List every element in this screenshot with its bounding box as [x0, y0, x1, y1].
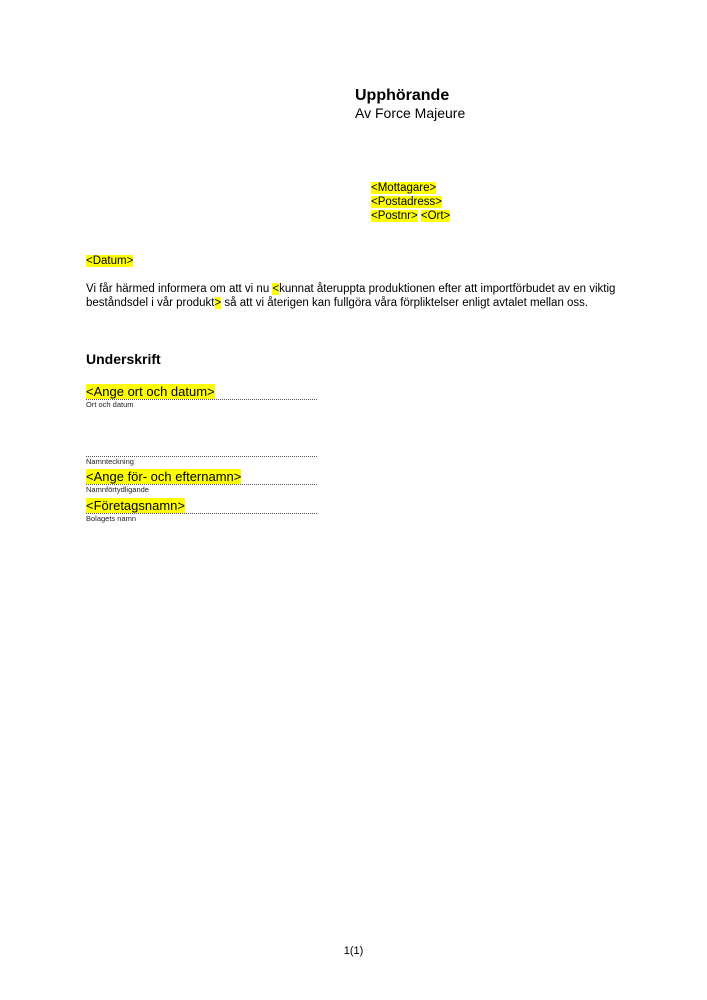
- document-title: Upphörande: [355, 87, 449, 105]
- signature-field-company: <Företagsnamn> Bolagets namn: [86, 499, 317, 523]
- signature-heading: Underskrift: [86, 351, 161, 367]
- signature-field-name: <Ange för- och efternamn> Namnförtydliga…: [86, 470, 317, 494]
- body-text-part3: så att vi återigen kan fullgöra våra för…: [221, 297, 588, 309]
- field-label: Bolagets namn: [86, 514, 317, 523]
- full-name-placeholder[interactable]: <Ange för- och efternamn>: [86, 469, 241, 484]
- recipient-city[interactable]: <Ort>: [421, 210, 450, 222]
- date-placeholder[interactable]: <Datum>: [86, 255, 133, 267]
- document-subtitle: Av Force Majeure: [355, 105, 465, 121]
- letter-date: <Datum>: [86, 254, 133, 268]
- field-label: Namnförtydligande: [86, 485, 317, 494]
- signature-field-signature: Namnteckning: [86, 442, 317, 466]
- signature-field-place-date: <Ange ort och datum> Ort och datum: [86, 385, 317, 409]
- letter-body: Vi får härmed informera om att vi nu <ku…: [86, 282, 626, 310]
- signature-space[interactable]: [86, 442, 317, 456]
- place-date-placeholder[interactable]: <Ange ort och datum>: [86, 384, 215, 399]
- page-number: 1(1): [0, 945, 707, 957]
- recipient-postal-code[interactable]: <Postnr>: [371, 210, 418, 222]
- field-label: Ort och datum: [86, 400, 317, 409]
- body-text-part1: Vi får härmed informera om att vi nu: [86, 283, 272, 295]
- recipient-address: <Mottagare> <Postadress> <Postnr> <Ort>: [371, 181, 450, 223]
- recipient-postal-address[interactable]: <Postadress>: [371, 196, 442, 208]
- field-label: Namnteckning: [86, 457, 317, 466]
- company-name-placeholder[interactable]: <Företagsnamn>: [86, 498, 185, 513]
- recipient-name[interactable]: <Mottagare>: [371, 182, 436, 194]
